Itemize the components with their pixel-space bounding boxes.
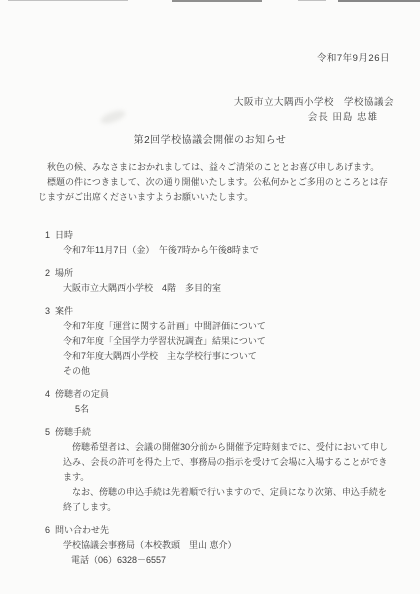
- sender-organization: 大阪市立大隅西小学校 学校協議会: [234, 94, 394, 108]
- document-title: 第2回学校協議会開催のお知らせ: [0, 131, 420, 146]
- section-observer-procedure: 5傍聴手続 傍聴希望者は、会議の開催30分前から開催予定時刻までに、受付において…: [45, 425, 392, 515]
- section-number: 3: [45, 304, 50, 319]
- section-datetime: 1日時 令和7年11月7日（金） 午後7時から午後8時まで: [45, 228, 392, 258]
- scan-edge-artifact: [172, 0, 262, 2]
- section-agenda: 3案件 令和7年度「運営に関する計画」中間評価について 令和7年度「全国学力学習…: [45, 304, 392, 379]
- scan-smudge: [99, 108, 127, 126]
- section-location: 2場所 大阪市立大隅西小学校 4階 多目的室: [45, 266, 392, 296]
- greeting-block: 秋色の候、みなさまにおかれましては、益々ご清栄のこととお喜び申しあげます。 標題…: [38, 160, 392, 205]
- section-heading-label: 傍聴者の定員: [55, 389, 109, 399]
- section-heading-label: 案件: [55, 306, 73, 316]
- sections-list: 1日時 令和7年11月7日（金） 午後7時から午後8時まで 2場所 大阪市立大隅…: [45, 228, 392, 576]
- section-observer-capacity: 4傍聴者の定員 5名: [45, 387, 392, 417]
- document-date: 令和7年9月26日: [317, 50, 390, 64]
- scan-edge-artifact: [8, 0, 128, 1]
- section-heading: 3案件: [45, 304, 392, 319]
- scan-edge-artifact: [298, 0, 326, 1]
- section-paragraph: 傍聴希望者は、会議の開催30分前から開催予定時刻までに、受付において申し込み、会…: [63, 440, 392, 485]
- section-heading: 2場所: [45, 266, 392, 281]
- scan-edge-artifact: [338, 0, 420, 2]
- section-heading-label: 日時: [55, 230, 73, 240]
- section-contact: 6問い合わせ先 学校協議会事務局（本校教頭 里山 恵介） 電話（06）6328－…: [45, 523, 392, 568]
- section-line: 5名: [75, 402, 392, 417]
- section-line: 令和7年度「運営に関する計画」中間評価について: [63, 319, 392, 334]
- section-heading: 1日時: [45, 228, 392, 243]
- section-heading-label: 問い合わせ先: [55, 525, 109, 535]
- section-line: 令和7年度大隅西小学校 主な学校行事について: [63, 349, 392, 364]
- greeting-paragraph: 標題の件につきまして、次の通り開催いたします。公私何かとご多用のところとは存じま…: [38, 175, 392, 205]
- section-heading: 6問い合わせ先: [45, 523, 392, 538]
- section-number: 6: [45, 523, 50, 538]
- section-number: 4: [45, 387, 50, 402]
- section-number: 5: [45, 425, 50, 440]
- section-number: 1: [45, 228, 50, 243]
- section-line: 学校協議会事務局（本校教頭 里山 恵介）: [63, 538, 392, 553]
- contact-phone: 電話（06）6328－6557: [71, 553, 392, 568]
- section-line: その他: [63, 364, 392, 379]
- section-heading-label: 傍聴手続: [55, 427, 91, 437]
- section-heading: 4傍聴者の定員: [45, 387, 392, 402]
- section-line: 令和7年11月7日（金） 午後7時から午後8時まで: [63, 243, 392, 258]
- section-paragraph: なお、傍聴の申込手続は先着順で行いますので、定員になり次第、申込手続を終了します…: [63, 485, 392, 515]
- greeting-paragraph: 秋色の候、みなさまにおかれましては、益々ご清栄のこととお喜び申しあげます。: [38, 160, 392, 175]
- scanned-document-page: 令和7年9月26日 大阪市立大隅西小学校 学校協議会 会長 田島 忠雄 第2回学…: [0, 0, 420, 594]
- section-line: 大阪市立大隅西小学校 4階 多目的室: [63, 281, 392, 296]
- sender-representative: 会長 田島 忠雄: [308, 109, 378, 123]
- section-heading: 5傍聴手続: [45, 425, 392, 440]
- section-heading-label: 場所: [55, 268, 73, 278]
- section-line: 令和7年度「全国学力学習状況調査」結果について: [63, 334, 392, 349]
- section-number: 2: [45, 266, 50, 281]
